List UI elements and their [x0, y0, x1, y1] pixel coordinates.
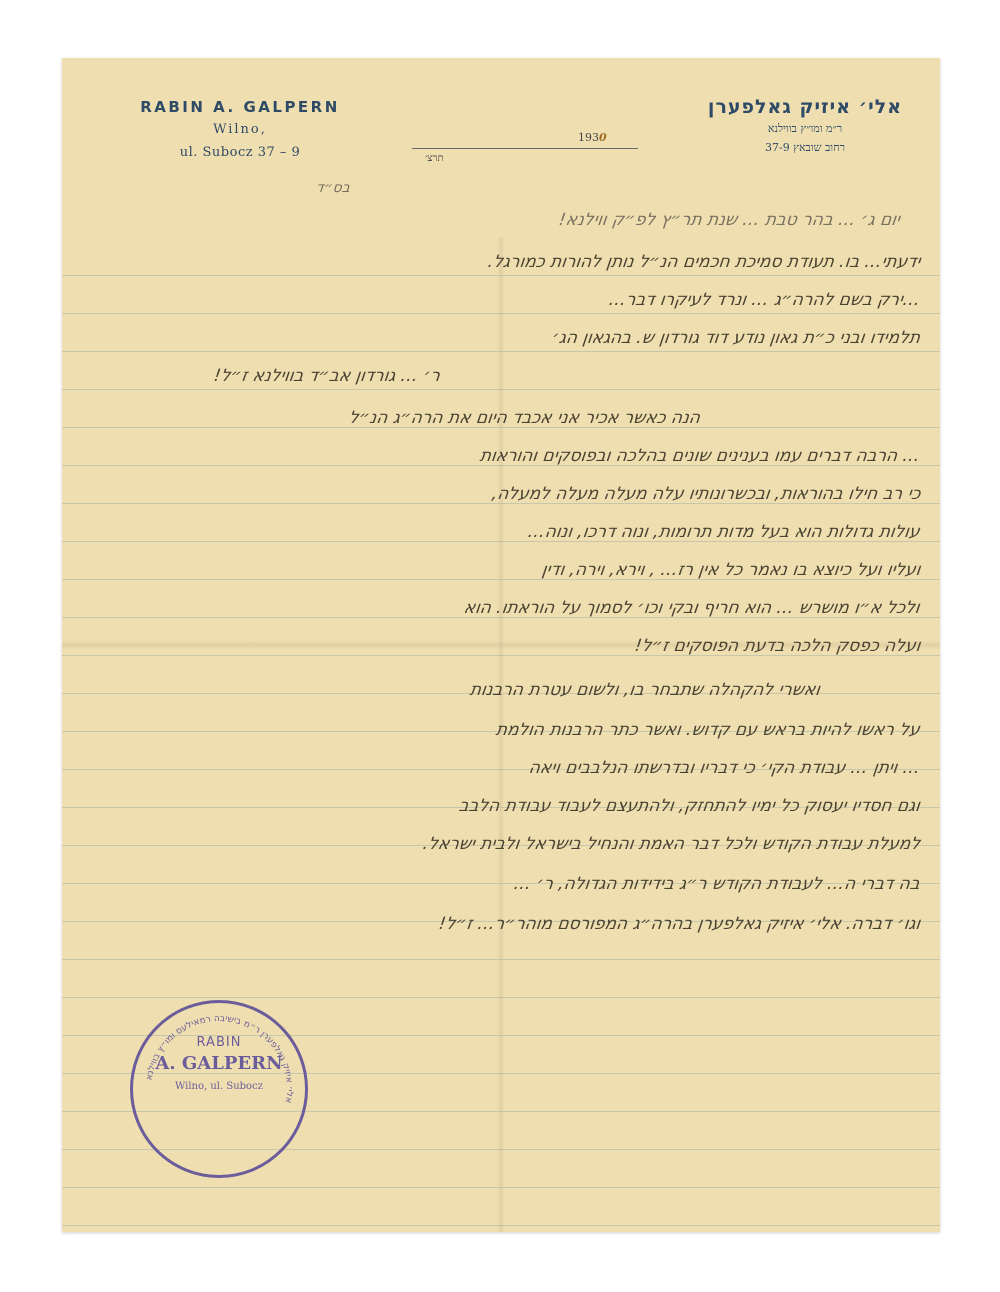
letter-line: …ירק בשם להרה״ג … ונרד לעיקרו דבר… — [608, 290, 922, 310]
letter-line: … ויתן … עבודת הקי׳ כי דבריו ובדרשתו הנל… — [528, 758, 922, 778]
letterhead-latin: RABIN A. GALPERN Wilno, ul. Subocz 37 – … — [120, 98, 360, 160]
letter-line: ולכל א״ו מושרש … הוא חריף ובקי וכו׳ לסמו… — [463, 598, 921, 618]
letter-line: … הרבה דברים עמו בענינים שונים בהלכה ובפ… — [479, 446, 922, 466]
letter-line: כי רב חילו בהוראות, ובכשרונותיו עלה מעלה… — [490, 484, 921, 504]
letter-line: ועליו ועל כיוצא בו נאמר כל אין רז… , ויר… — [540, 560, 921, 580]
stamp-address: Wilno, ul. Subocz — [133, 1081, 305, 1092]
date-year: 1930 — [578, 131, 607, 144]
opening-bsd: בס״ד — [315, 180, 351, 196]
letter-line: תלמידו ובני כ״ת גאון נודע דוד גורדון ש. … — [551, 328, 922, 348]
letter-line: על ראשו להיות בראש עם קדוש. ואשר כתר הרב… — [495, 720, 922, 740]
letter-line: עולות גדולות הוא בעל מדות תרומות, ונוה ד… — [527, 522, 921, 542]
letter-line: הנה כאשר אכיר אני אכבד היום את הרה״ג הנ״… — [348, 408, 702, 428]
letterhead-hebrew-name: אלי׳ איזיק גאלפערן — [690, 96, 920, 118]
letter-line: ועלה כפסק הלכה בדעת הפוסקים ז״ל! — [633, 636, 921, 656]
letter-line: למעלת עבודת הקודש ולכל דבר האמת והנחיל ב… — [421, 834, 921, 854]
letter-line: ידעתי… בו. תעודת סמיכת חכמים הנ״ל נותן ל… — [486, 252, 921, 272]
rubber-stamp: אלי׳ איזיק גאלפערן ר״מ בישיבה רמאילעס ומ… — [130, 1000, 308, 1178]
stamp-rabin: RABIN — [133, 1035, 305, 1050]
letterhead-hebrew-title: ר״מ ומו״ץ בווילנא — [690, 122, 920, 135]
letterhead-hebrew-street: רחוב שובאץ 37-9 — [690, 141, 920, 154]
hebrew-year: תרצ׳ — [425, 153, 444, 164]
letterhead-name: RABIN A. GALPERN — [120, 98, 360, 116]
signature-line: וגו׳ דברה. אלי׳ איזיק גאלפערן בהרה״ג המפ… — [437, 914, 921, 934]
letterhead-city: Wilno, — [120, 122, 360, 137]
letterhead-street: ul. Subocz 37 – 9 — [120, 145, 360, 160]
letter-line: ר׳ … גורדון אב״ד בווילנא ז״ל! — [213, 366, 442, 386]
letter-line: ואשרי להקהלה שתבחר בו, ולשום עטרת הרבנות — [469, 680, 822, 700]
date-line — [412, 148, 638, 149]
letterhead-hebrew: אלי׳ איזיק גאלפערן ר״מ ומו״ץ בווילנא רחו… — [690, 96, 920, 154]
letter-line: יום ג׳ … בהר טבת … שנת תר״ץ לפ״ק ווילנא! — [558, 210, 902, 230]
stamp-name: A. GALPERN — [133, 1053, 305, 1074]
letter-line: וגם חסדיו יעסוק כל ימיו להתחזק, ולהתעצם … — [458, 796, 922, 816]
letter-line: בה דברי ה… לעבודת הקודש ר״ג בידידות הגדו… — [513, 874, 922, 894]
